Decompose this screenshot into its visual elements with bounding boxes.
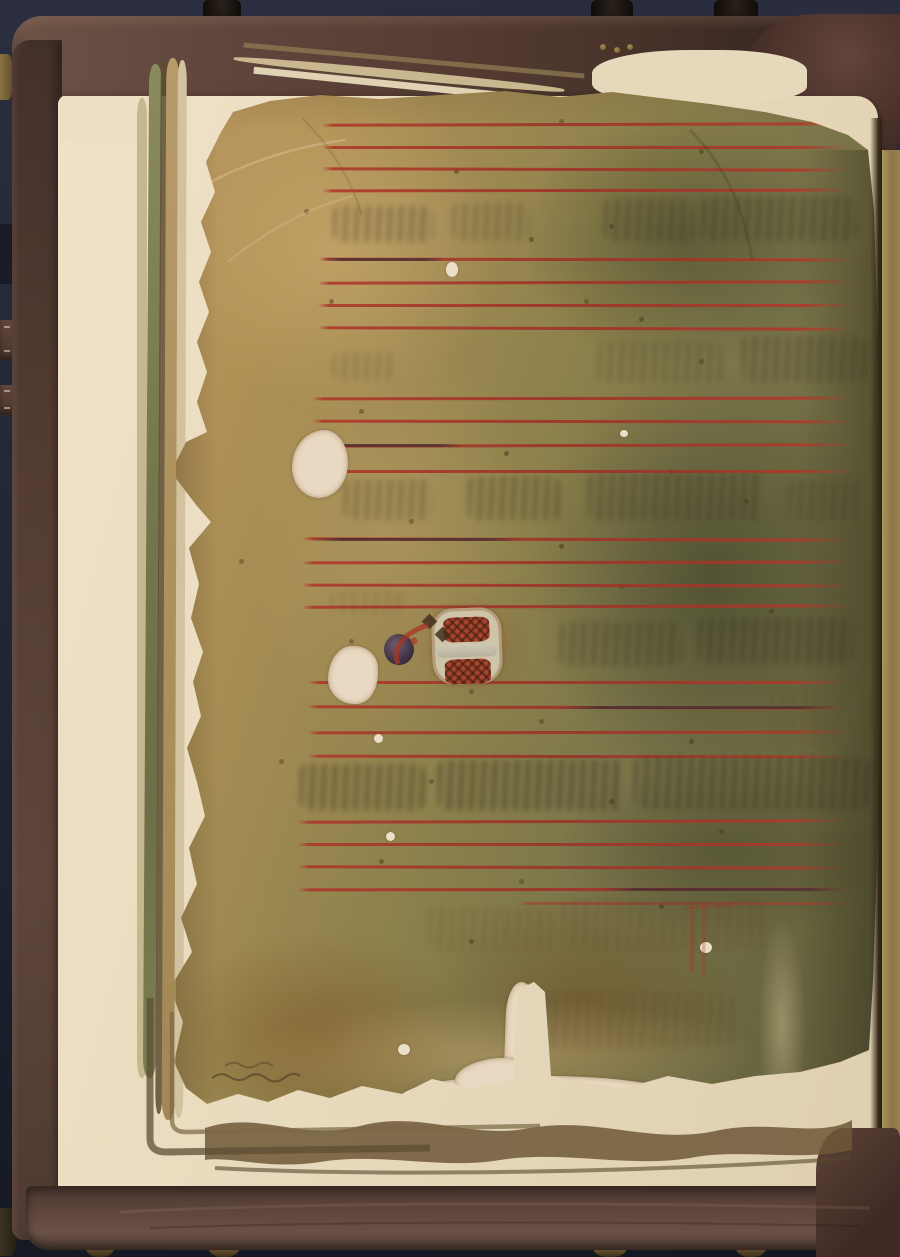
crease-4: [690, 130, 752, 260]
manuscript-photo: [0, 0, 900, 1257]
red-ghost-stroke-2: [702, 904, 706, 976]
leather-wrinkle-1: [120, 1204, 870, 1212]
faint-inscription-2: [225, 1063, 273, 1068]
underleaf-corner-2: [172, 1012, 540, 1132]
crease-1: [205, 140, 345, 185]
crease-2: [228, 196, 352, 262]
faint-inscription-1: [212, 1074, 300, 1082]
leather-wrinkle-2: [150, 1222, 860, 1228]
red-ghost-bar: [686, 906, 734, 908]
detail-overlay: [0, 0, 900, 1257]
red-flourish: [396, 625, 428, 664]
red-flourish-dot: [411, 638, 418, 645]
red-ghost-stroke-1: [690, 906, 694, 972]
crease-3: [302, 118, 362, 215]
